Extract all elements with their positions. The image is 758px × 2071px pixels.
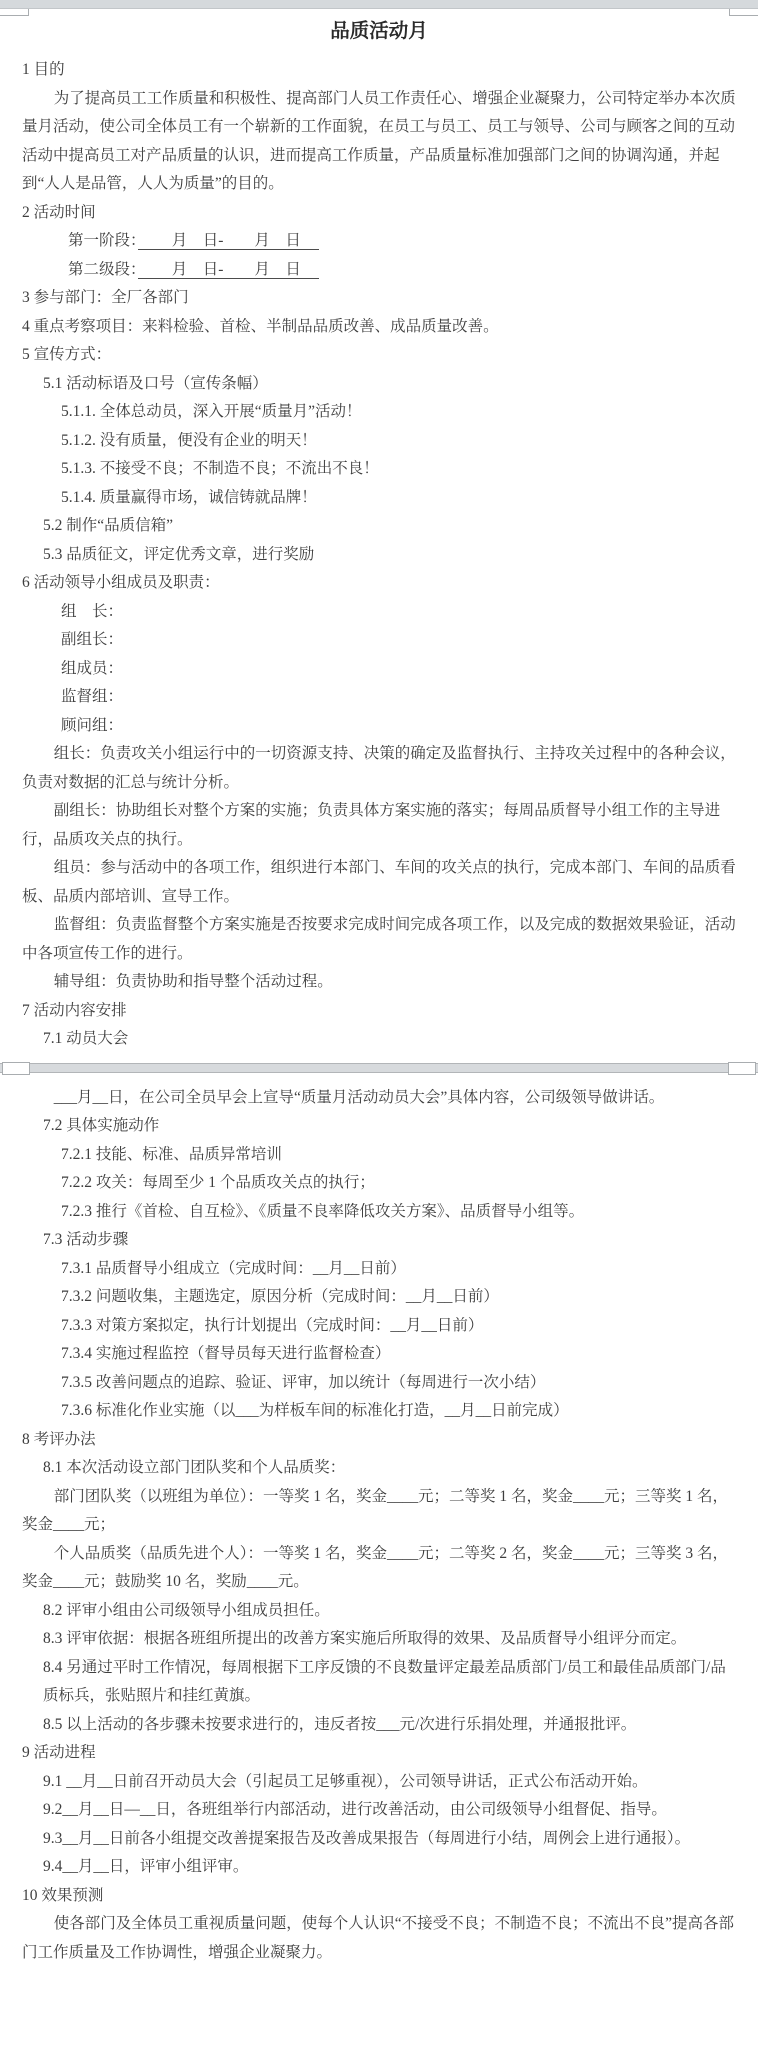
list-item: 5.2 制作“品质信箱”: [22, 512, 736, 541]
role-line: 组 长：: [22, 598, 736, 627]
section-heading: 9 活动进程: [22, 1739, 736, 1768]
paragraph: 监督组：负责监督整个方案实施是否按要求完成时间完成各项工作，以及完成的数据效果验…: [22, 911, 736, 968]
list-item: 5.1 活动标语及口号（宣传条幅）: [22, 370, 736, 399]
list-item: 8.5 以上活动的各步骤未按要求进行的，违反者按___元/次进行乐捐处理，并通报…: [22, 1711, 736, 1740]
list-item: 8.4 另通过平时工作情况，每周根据下工序反馈的不良数量评定最差品质部门/员工和…: [22, 1654, 736, 1711]
list-item: 7.3.5 改善问题点的追踪、验证、评审，加以统计（每周进行一次小结）: [22, 1369, 736, 1398]
fill-in-blank[interactable]: 月 日- 月 日: [138, 232, 320, 250]
list-item: 7.3.1 品质督导小组成立（完成时间：__月__日前）: [22, 1255, 736, 1284]
paragraph: 使各部门及全体员工重视质量问题，使每个人认识“不接受不良；不制造不良；不流出不良…: [22, 1910, 736, 1967]
list-item: 9.4__月__日，评审小组评审。: [22, 1853, 736, 1882]
stage-label: 第一阶段：: [68, 232, 138, 249]
role-line: 组成员：: [22, 655, 736, 684]
paragraph: ___月__日，在公司全员早会上宣导“质量月活动动员大会”具体内容，公司级领导做…: [22, 1084, 736, 1113]
list-item: 9.1 __月__日前召开动员大会（引起员工足够重视），公司领导讲话，正式公布活…: [22, 1768, 736, 1797]
paragraph: 组员：参与活动中的各项工作，组织进行本部门、车间的攻关点的执行，完成本部门、车间…: [22, 854, 736, 911]
list-item: 5.3 品质征文，评定优秀文章，进行奖励: [22, 541, 736, 570]
paragraph: 为了提高员工工作质量和积极性、提高部门人员工作责任心、增强企业凝聚力，公司特定举…: [22, 85, 736, 199]
stage-label: 第二级段：: [68, 261, 138, 278]
paragraph: 部门团队奖（以班组为单位）：一等奖 1 名，奖金____元；二等奖 1 名，奖金…: [22, 1483, 736, 1540]
list-item: 7.1 动员大会: [22, 1025, 736, 1054]
list-item: 7.3.3 对策方案拟定，执行计划提出（完成时间：__月__日前）: [22, 1312, 736, 1341]
section-heading: 6 活动领导小组成员及职责：: [22, 569, 736, 598]
stage-line: 第二级段： 月 日- 月 日: [22, 256, 736, 285]
list-item: 8.2 评审小组由公司级领导小组成员担任。: [22, 1597, 736, 1626]
role-line: 副组长：: [22, 626, 736, 655]
list-item: 7.2 具体实施动作: [22, 1112, 736, 1141]
list-item: 8.1 本次活动设立部门团队奖和个人品质奖：: [22, 1454, 736, 1483]
paragraph: 个人品质奖（品质先进个人）：一等奖 1 名，奖金____元；二等奖 2 名，奖金…: [22, 1540, 736, 1597]
list-item: 9.3__月__日前各小组提交改善提案报告及改善成果报告（每周进行小结，周例会上…: [22, 1825, 736, 1854]
list-item: 5.1.3. 不接受不良；不制造不良；不流出不良！: [22, 455, 736, 484]
document-page: 品质活动月 1 目的为了提高员工工作质量和积极性、提高部门人员工作责任心、增强企…: [0, 0, 758, 2071]
list-item: 7.3.4 实施过程监控（督导员每天进行监督检查）: [22, 1340, 736, 1369]
paragraph: 组长：负责攻关小组运行中的一切资源支持、决策的确定及监督执行、主持攻关过程中的各…: [22, 740, 736, 797]
role-line: 监督组：: [22, 683, 736, 712]
section-heading: 3 参与部门：全厂各部门: [22, 284, 736, 313]
section-heading: 4 重点考察项目：来料检验、首检、半制品品质改善、成品质量改善。: [22, 313, 736, 342]
list-item: 9.2__月__日—__日，各班组举行内部活动，进行改善活动，由公司级领导小组督…: [22, 1796, 736, 1825]
paragraph: 副组长：协助组长对整个方案的实施；负责具体方案实施的落实；每周品质督导小组工作的…: [22, 797, 736, 854]
stage-line: 第一阶段： 月 日- 月 日: [22, 227, 736, 256]
doc-title: 品质活动月: [22, 16, 736, 48]
paragraph: 辅导组：负责协助和指导整个活动过程。: [22, 968, 736, 997]
section-heading: 2 活动时间: [22, 199, 736, 228]
section-heading: 7 活动内容安排: [22, 997, 736, 1026]
list-item: 7.3.2 问题收集，主题选定，原因分析（完成时间：__月__日前）: [22, 1283, 736, 1312]
margin-mark-left: [2, 1062, 30, 1075]
list-item: 5.1.2. 没有质量，便没有企业的明天！: [22, 427, 736, 456]
role-line: 顾问组：: [22, 712, 736, 741]
section-heading: 8 考评办法: [22, 1426, 736, 1455]
list-item: 7.3 活动步骤: [22, 1226, 736, 1255]
margin-mark-right: [728, 1062, 756, 1075]
section-heading: 5 宣传方式：: [22, 341, 736, 370]
list-item: 5.1.4. 质量赢得市场，诚信铸就品牌！: [22, 484, 736, 513]
section-heading: 10 效果预测: [22, 1882, 736, 1911]
list-item: 7.2.1 技能、标准、品质异常培训: [22, 1141, 736, 1170]
document-body: 品质活动月 1 目的为了提高员工工作质量和积极性、提高部门人员工作责任心、增强企…: [0, 0, 758, 1967]
list-item: 7.3.6 标准化作业实施（以___为样板车间的标准化打造，__月__日前完成）: [22, 1397, 736, 1426]
fill-in-blank[interactable]: 月 日- 月 日: [138, 261, 320, 279]
list-item: 7.2.3 推行《首检、自互检》、《质量不良率降低攻关方案》、品质督导小组等。: [22, 1198, 736, 1227]
list-item: 7.2.2 攻关：每周至少 1 个品质攻关点的执行；: [22, 1169, 736, 1198]
page-break: [0, 1063, 758, 1073]
list-item: 5.1.1. 全体总动员，深入开展“质量月”活动！: [22, 398, 736, 427]
list-item: 8.3 评审依据：根据各班组所提出的改善方案实施后所取得的效果、及品质督导小组评…: [22, 1625, 736, 1654]
section-heading: 1 目的: [22, 56, 736, 85]
